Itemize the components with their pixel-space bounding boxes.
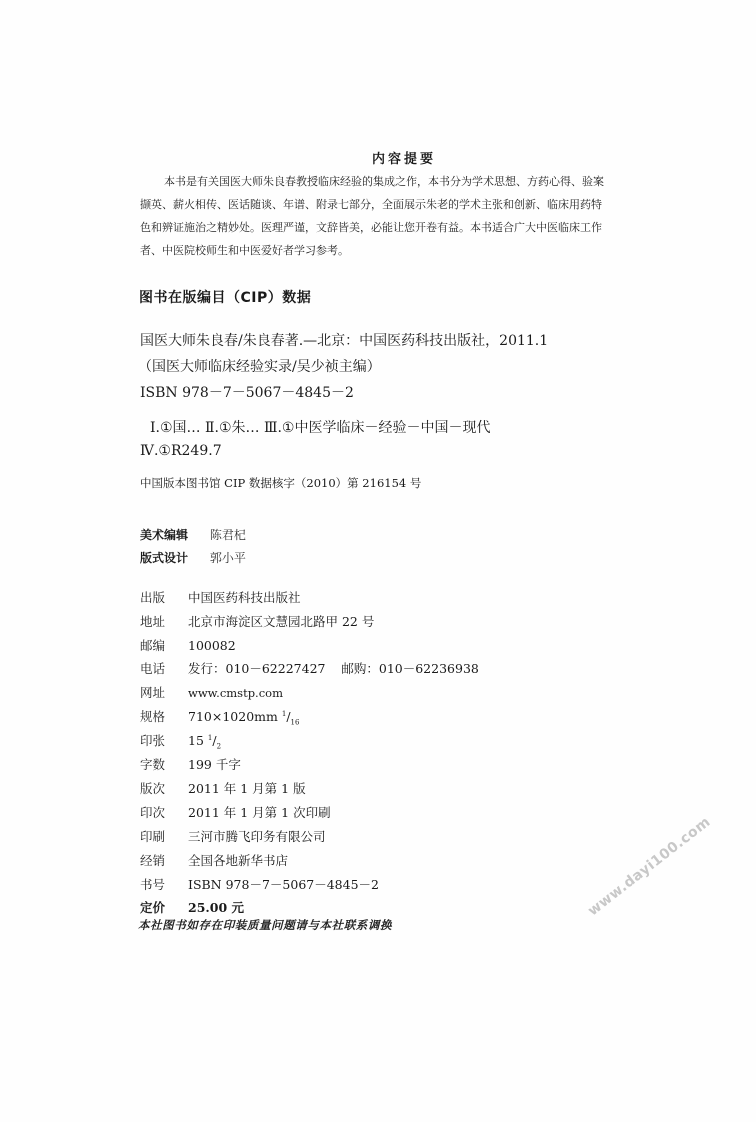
- summary-line: 撷英、薪火相传、医话随谈、年谱、附录七部分，全面展示朱老的学术主张和创新、临床用…: [140, 193, 712, 216]
- imprint-label: 字数: [140, 755, 188, 773]
- imprint-label: 书号: [140, 875, 188, 893]
- watermark: www.dayi100.com: [585, 814, 714, 919]
- summary-line: 者、中医院校师生和中医爱好者学习参考。: [140, 239, 712, 262]
- imprint-distributor: 经销 全国各地新华书店: [140, 851, 288, 869]
- credit-value: 郭小平: [210, 551, 246, 565]
- imprint-format: 规格 710×1020mm 1/16: [140, 707, 299, 727]
- imprint-value: 北京市海淀区文慧园北路甲 22 号: [188, 612, 374, 630]
- imprint-publisher: 出版 中国医药科技出版社: [140, 588, 301, 606]
- imprint-value: 710×1020mm 1/16: [188, 709, 299, 727]
- imprint-label: 经销: [140, 851, 188, 869]
- imprint-book-number: 书号 ISBN 978－7－5067－4845－2: [140, 875, 379, 893]
- format-size: 710×1020mm: [188, 709, 278, 724]
- imprint-label: 邮编: [140, 636, 188, 654]
- cip-classification: Ⅰ.①国… Ⅱ.①朱… Ⅲ.①中医学临床－经验－中国－现代: [150, 417, 490, 437]
- imprint-word-count: 字数 199 千字: [140, 755, 241, 773]
- imprint-label: 电话: [140, 659, 188, 677]
- imprint-label: 印张: [140, 731, 188, 749]
- imprint-phone: 电话 发行：010－62227427 邮购：010－62236938: [140, 659, 479, 677]
- summary-line: 色和辨证施治之精妙处。医理严谨，文辞皆美，必能让您开卷有益。本书适合广大中医临床…: [140, 216, 712, 239]
- imprint-printing: 印次 2011 年 1 月第 1 次印刷: [140, 803, 331, 821]
- imprint-value: ISBN 978－7－5067－4845－2: [188, 875, 379, 893]
- quality-notice: 本社图书如存在印装质量问题请与本社联系调换: [138, 917, 392, 933]
- book-copyright-page: 内容提要 本书是有关国医大师朱良春教授临床经验的集成之作，本书分为学术思想、方药…: [0, 0, 756, 1122]
- imprint-value: 15 1/2: [188, 733, 221, 751]
- summary-body: 本书是有关国医大师朱良春教授临床经验的集成之作，本书分为学术思想、方药心得、验案…: [140, 170, 712, 262]
- imprint-value: 2011 年 1 月第 1 版: [188, 779, 306, 797]
- imprint-value: www.cmstp.com: [188, 686, 283, 700]
- imprint-printer: 印刷 三河市腾飞印务有限公司: [140, 827, 326, 845]
- imprint-label: 定价: [140, 898, 188, 916]
- imprint-address: 地址 北京市海淀区文慧园北路甲 22 号: [140, 612, 374, 630]
- summary-line: 本书是有关国医大师朱良春教授临床经验的集成之作，本书分为学术思想、方药心得、验案: [140, 170, 712, 193]
- imprint-label: 地址: [140, 612, 188, 630]
- imprint-edition: 版次 2011 年 1 月第 1 版: [140, 779, 306, 797]
- fraction-numerator: 1: [282, 710, 286, 718]
- fraction-denominator: 16: [291, 719, 300, 727]
- fraction-denominator: 2: [217, 743, 221, 751]
- summary-title: 内容提要: [0, 148, 756, 167]
- imprint-label: 印刷: [140, 827, 188, 845]
- imprint-price: 定价 25.00 元: [140, 898, 244, 916]
- imprint-value: 100082: [188, 638, 236, 653]
- cip-heading: 图书在版编目（CIP）数据: [139, 287, 311, 307]
- cip-series-line: （国医大师临床经验实录/吴少祯主编）: [138, 356, 381, 376]
- cip-isbn: ISBN 978－7－5067－4845－2: [140, 382, 354, 402]
- imprint-website: 网址 www.cmstp.com: [140, 683, 283, 701]
- credit-art-editor: 美术编辑 陈君杞: [140, 526, 246, 543]
- imprint-label: 版次: [140, 779, 188, 797]
- sheets-count: 15: [188, 733, 204, 748]
- imprint-value: 199 千字: [188, 755, 241, 773]
- cip-record-number: 中国版本图书馆 CIP 数据核字（2010）第 216154 号: [140, 475, 421, 491]
- imprint-value: 25.00 元: [188, 898, 244, 916]
- cip-classification-2: Ⅳ.①R249.7: [140, 443, 222, 459]
- imprint-value: 中国医药科技出版社: [188, 588, 301, 606]
- imprint-postcode: 邮编 100082: [140, 636, 236, 654]
- imprint-value: 发行：010－62227427 邮购：010－62236938: [188, 659, 479, 677]
- imprint-label: 印次: [140, 803, 188, 821]
- fraction-numerator: 1: [208, 734, 212, 742]
- imprint-label: 出版: [140, 588, 188, 606]
- imprint-value: 三河市腾飞印务有限公司: [188, 827, 326, 845]
- imprint-label: 网址: [140, 683, 188, 701]
- imprint-label: 规格: [140, 707, 188, 725]
- credit-label: 版式设计: [140, 549, 206, 566]
- imprint-sheets: 印张 15 1/2: [140, 731, 221, 751]
- imprint-value: 全国各地新华书店: [188, 851, 288, 869]
- imprint-value: 2011 年 1 月第 1 次印刷: [188, 803, 331, 821]
- credit-value: 陈君杞: [210, 528, 246, 542]
- credit-label: 美术编辑: [140, 526, 206, 543]
- cip-title-line: 国医大师朱良春/朱良春著.—北京：中国医药科技出版社，2011.1: [140, 330, 548, 350]
- credit-layout-designer: 版式设计 郭小平: [140, 549, 246, 566]
